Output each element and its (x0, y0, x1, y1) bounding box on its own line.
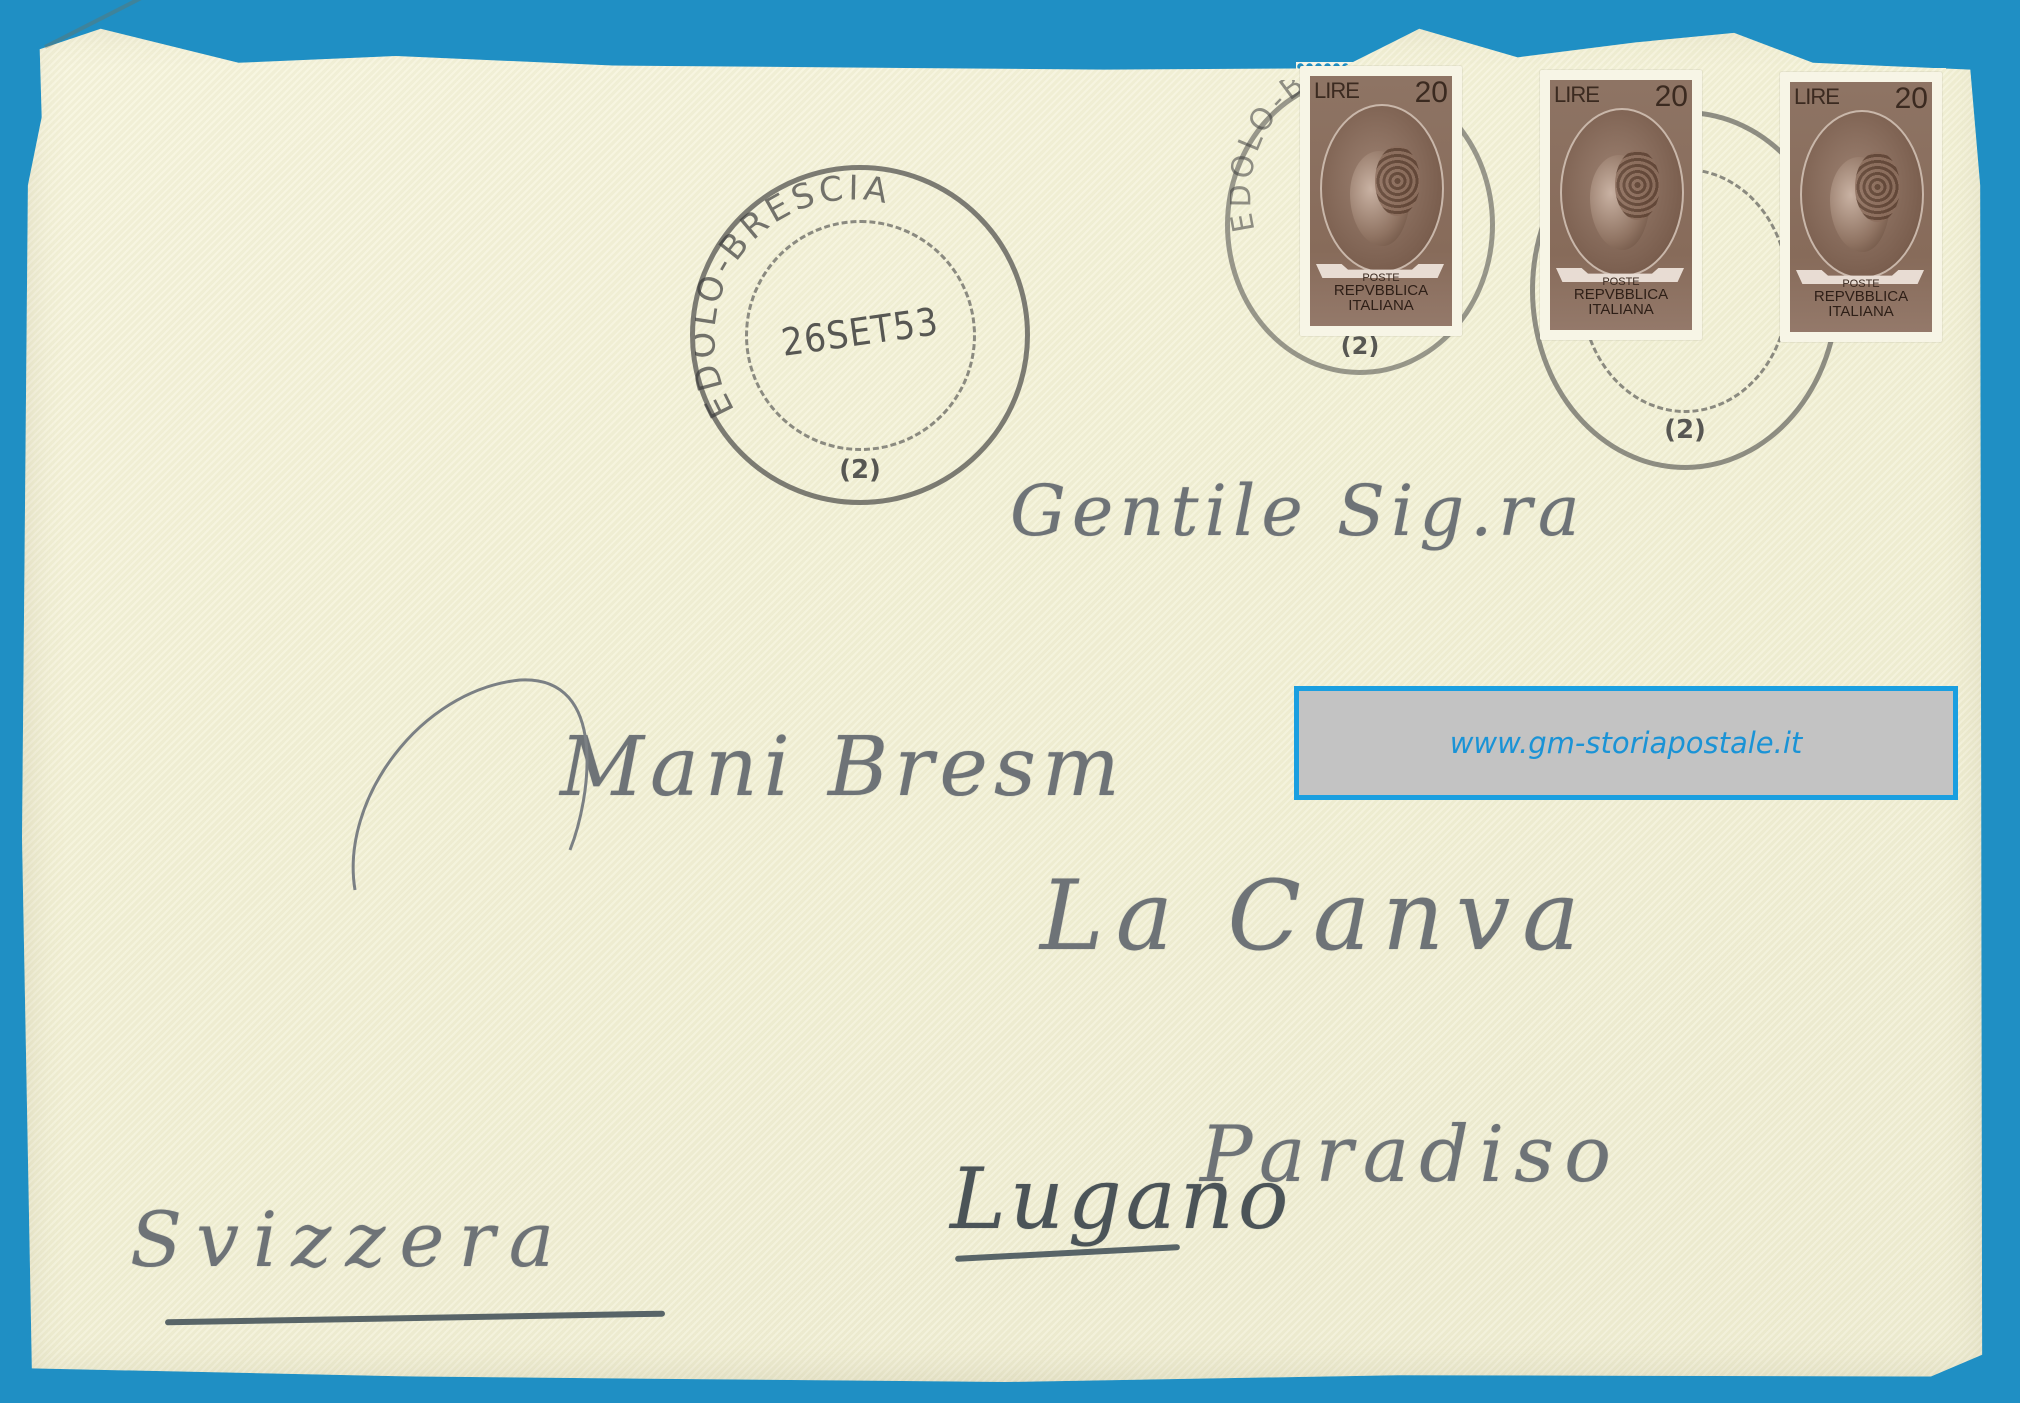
stamp-hair-detail (1375, 146, 1420, 216)
stamp-2: LIRE 20 POSTE REPVBBLICA ITALIANA I.P.S.… (1540, 70, 1702, 340)
stamp-hair-detail (1615, 150, 1660, 220)
stamp-country-text: REPVBBLICA ITALIANA (1550, 287, 1692, 317)
stamp-currency: LIRE (1554, 82, 1599, 108)
stamp-3: LIRE 20 POSTE REPVBBLICA ITALIANA I.P.S.… (1780, 72, 1942, 342)
stamp-country-text: REPVBBLICA ITALIANA (1790, 289, 1932, 319)
stamp-country-line2: ITALIANA (1550, 302, 1692, 317)
stamp-value: 20 (1655, 80, 1688, 114)
stamp-currency: LIRE (1314, 78, 1359, 104)
stamp-country-line2: ITALIANA (1790, 304, 1932, 319)
stamp-face: LIRE 20 POSTE REPVBBLICA ITALIANA I.P.S.… (1790, 82, 1932, 332)
postmark-left: EDOLO-BRESCIA 26SET53 (2) (690, 165, 1030, 505)
stamp-face: LIRE 20 POSTE REPVBBLICA ITALIANA I.P.S.… (1310, 76, 1452, 326)
address-house: La Canva (1040, 860, 1591, 972)
watermark-url[interactable]: www.gm-storiapostale.it (1450, 726, 1803, 760)
address-name-flourish (340, 650, 660, 910)
address-country: Svizzera (130, 1195, 568, 1284)
address-salutation: Gentile Sig.ra (1010, 470, 1586, 552)
stamp-country-line1: REPVBBLICA (1790, 289, 1932, 304)
stamp-hair-detail (1855, 152, 1900, 222)
svg-text:EDOLO-BRESCIA: EDOLO-BRESCIA (695, 170, 894, 424)
stamp-value: 20 (1415, 76, 1448, 110)
address-district: Paradiso (1200, 1110, 1621, 1200)
stamp-1: LIRE 20 POSTE REPVBBLICA ITALIANA I.P.S.… (1300, 66, 1462, 336)
stamp-country-line1: REPVBBLICA (1550, 287, 1692, 302)
watermark-box: www.gm-storiapostale.it (1294, 686, 1958, 800)
postmark-office-number: (2) (1230, 332, 1490, 360)
postmark-office-number: (2) (1535, 415, 1835, 445)
stamp-country-line2: ITALIANA (1310, 298, 1452, 313)
stamp-currency: LIRE (1794, 84, 1839, 110)
stamp-country-line1: REPVBBLICA (1310, 283, 1452, 298)
postmark-office-number: (2) (695, 455, 1025, 485)
stamp-country-text: REPVBBLICA ITALIANA (1310, 283, 1452, 313)
stamp-face: LIRE 20 POSTE REPVBBLICA ITALIANA I.P.S.… (1550, 80, 1692, 330)
stamp-value: 20 (1895, 82, 1928, 116)
